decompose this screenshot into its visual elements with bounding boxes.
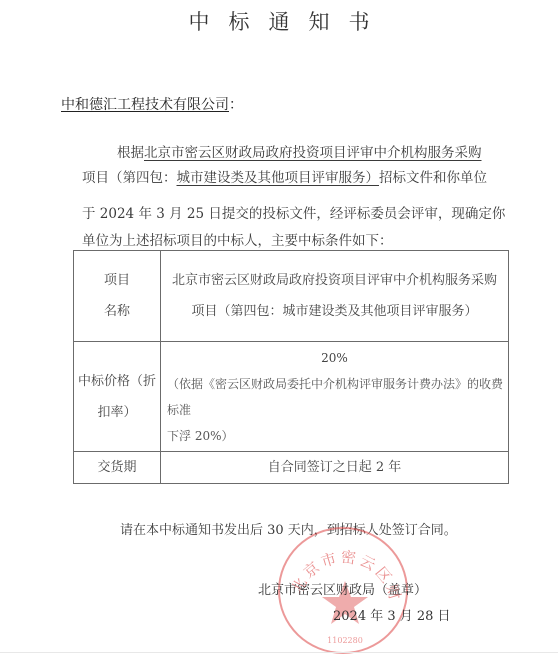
page-bottom-edge bbox=[0, 652, 558, 653]
award-conditions-table: 项目 名称 北京市密云区财政局政府投资项目评审中介机构服务采购 项目（第四包：城… bbox=[73, 250, 509, 484]
table-row-bid-price: 中标价格（折 扣率） 20% （依据《密云区财政局委托中介机构评审服务计费办法》… bbox=[74, 342, 509, 452]
body-line-2: 项目（第四包：城市建设类及其他项目评审服务）招标文件和你单位 bbox=[82, 166, 487, 186]
table-row-delivery-period: 交货期 自合同签订之日起 2 年 bbox=[74, 452, 509, 484]
label-text: 扣率） bbox=[74, 397, 160, 428]
table-label-cell: 交货期 bbox=[74, 452, 161, 484]
body-text: 根据 bbox=[117, 145, 144, 161]
label-text: 中标价格（折 bbox=[74, 366, 160, 397]
value-text: （依据《密云区财政局委托中介机构评审服务计费办法》的收费标准 bbox=[161, 371, 508, 423]
recipient-colon: ： bbox=[229, 97, 243, 113]
issue-date: 2024 年 3 月 28 日 bbox=[333, 605, 451, 624]
label-text: 名称 bbox=[74, 296, 160, 327]
value-text: 下浮 20%） bbox=[161, 423, 508, 449]
body-text: 招标文件和你单位 bbox=[379, 170, 487, 186]
body-line-4: 单位为上述招标项目的中标人，主要中标条件如下： bbox=[82, 229, 393, 249]
label-text: 项目 bbox=[74, 265, 160, 296]
table-value-cell: 20% （依据《密云区财政局委托中介机构评审服务计费办法》的收费标准 下浮 20… bbox=[161, 342, 509, 452]
body-line-1: 根据北京市密云区财政局政府投资项目评审中介机构服务采购 bbox=[117, 141, 482, 161]
body-line-3: 于 2024 年 3 月 25 日提交的投标文件，经评标委员会评审，现确定你 bbox=[82, 202, 505, 222]
discount-rate: 20% bbox=[161, 345, 508, 371]
package-name-underlined: 城市建设类及其他项目评审服务） bbox=[177, 170, 380, 186]
recipient-line: 中和德汇工程技术有限公司： bbox=[61, 94, 243, 114]
table-row-project-name: 项目 名称 北京市密云区财政局政府投资项目评审中介机构服务采购 项目（第四包：城… bbox=[74, 251, 509, 342]
value-text: 北京市密云区财政局政府投资项目评审中介机构服务采购 bbox=[161, 265, 508, 296]
issuer-name: 北京市密云区财政局（盖章） bbox=[258, 579, 427, 598]
svg-text:1102280: 1102280 bbox=[327, 636, 363, 645]
table-value-cell: 自合同签订之日起 2 年 bbox=[161, 452, 509, 484]
value-text: 项目（第四包：城市建设类及其他项目评审服务） bbox=[161, 296, 508, 327]
table-value-cell: 北京市密云区财政局政府投资项目评审中介机构服务采购 项目（第四包：城市建设类及其… bbox=[161, 251, 509, 342]
table-label-cell: 中标价格（折 扣率） bbox=[74, 342, 161, 452]
body-text: 项目（第四包： bbox=[82, 170, 177, 186]
project-name-underlined: 北京市密云区财政局政府投资项目评审中介机构服务采购 bbox=[144, 145, 482, 161]
recipient-name: 中和德汇工程技术有限公司 bbox=[61, 97, 229, 113]
table-label-cell: 项目 名称 bbox=[74, 251, 161, 342]
document-title: 中标通知书 bbox=[0, 6, 558, 36]
